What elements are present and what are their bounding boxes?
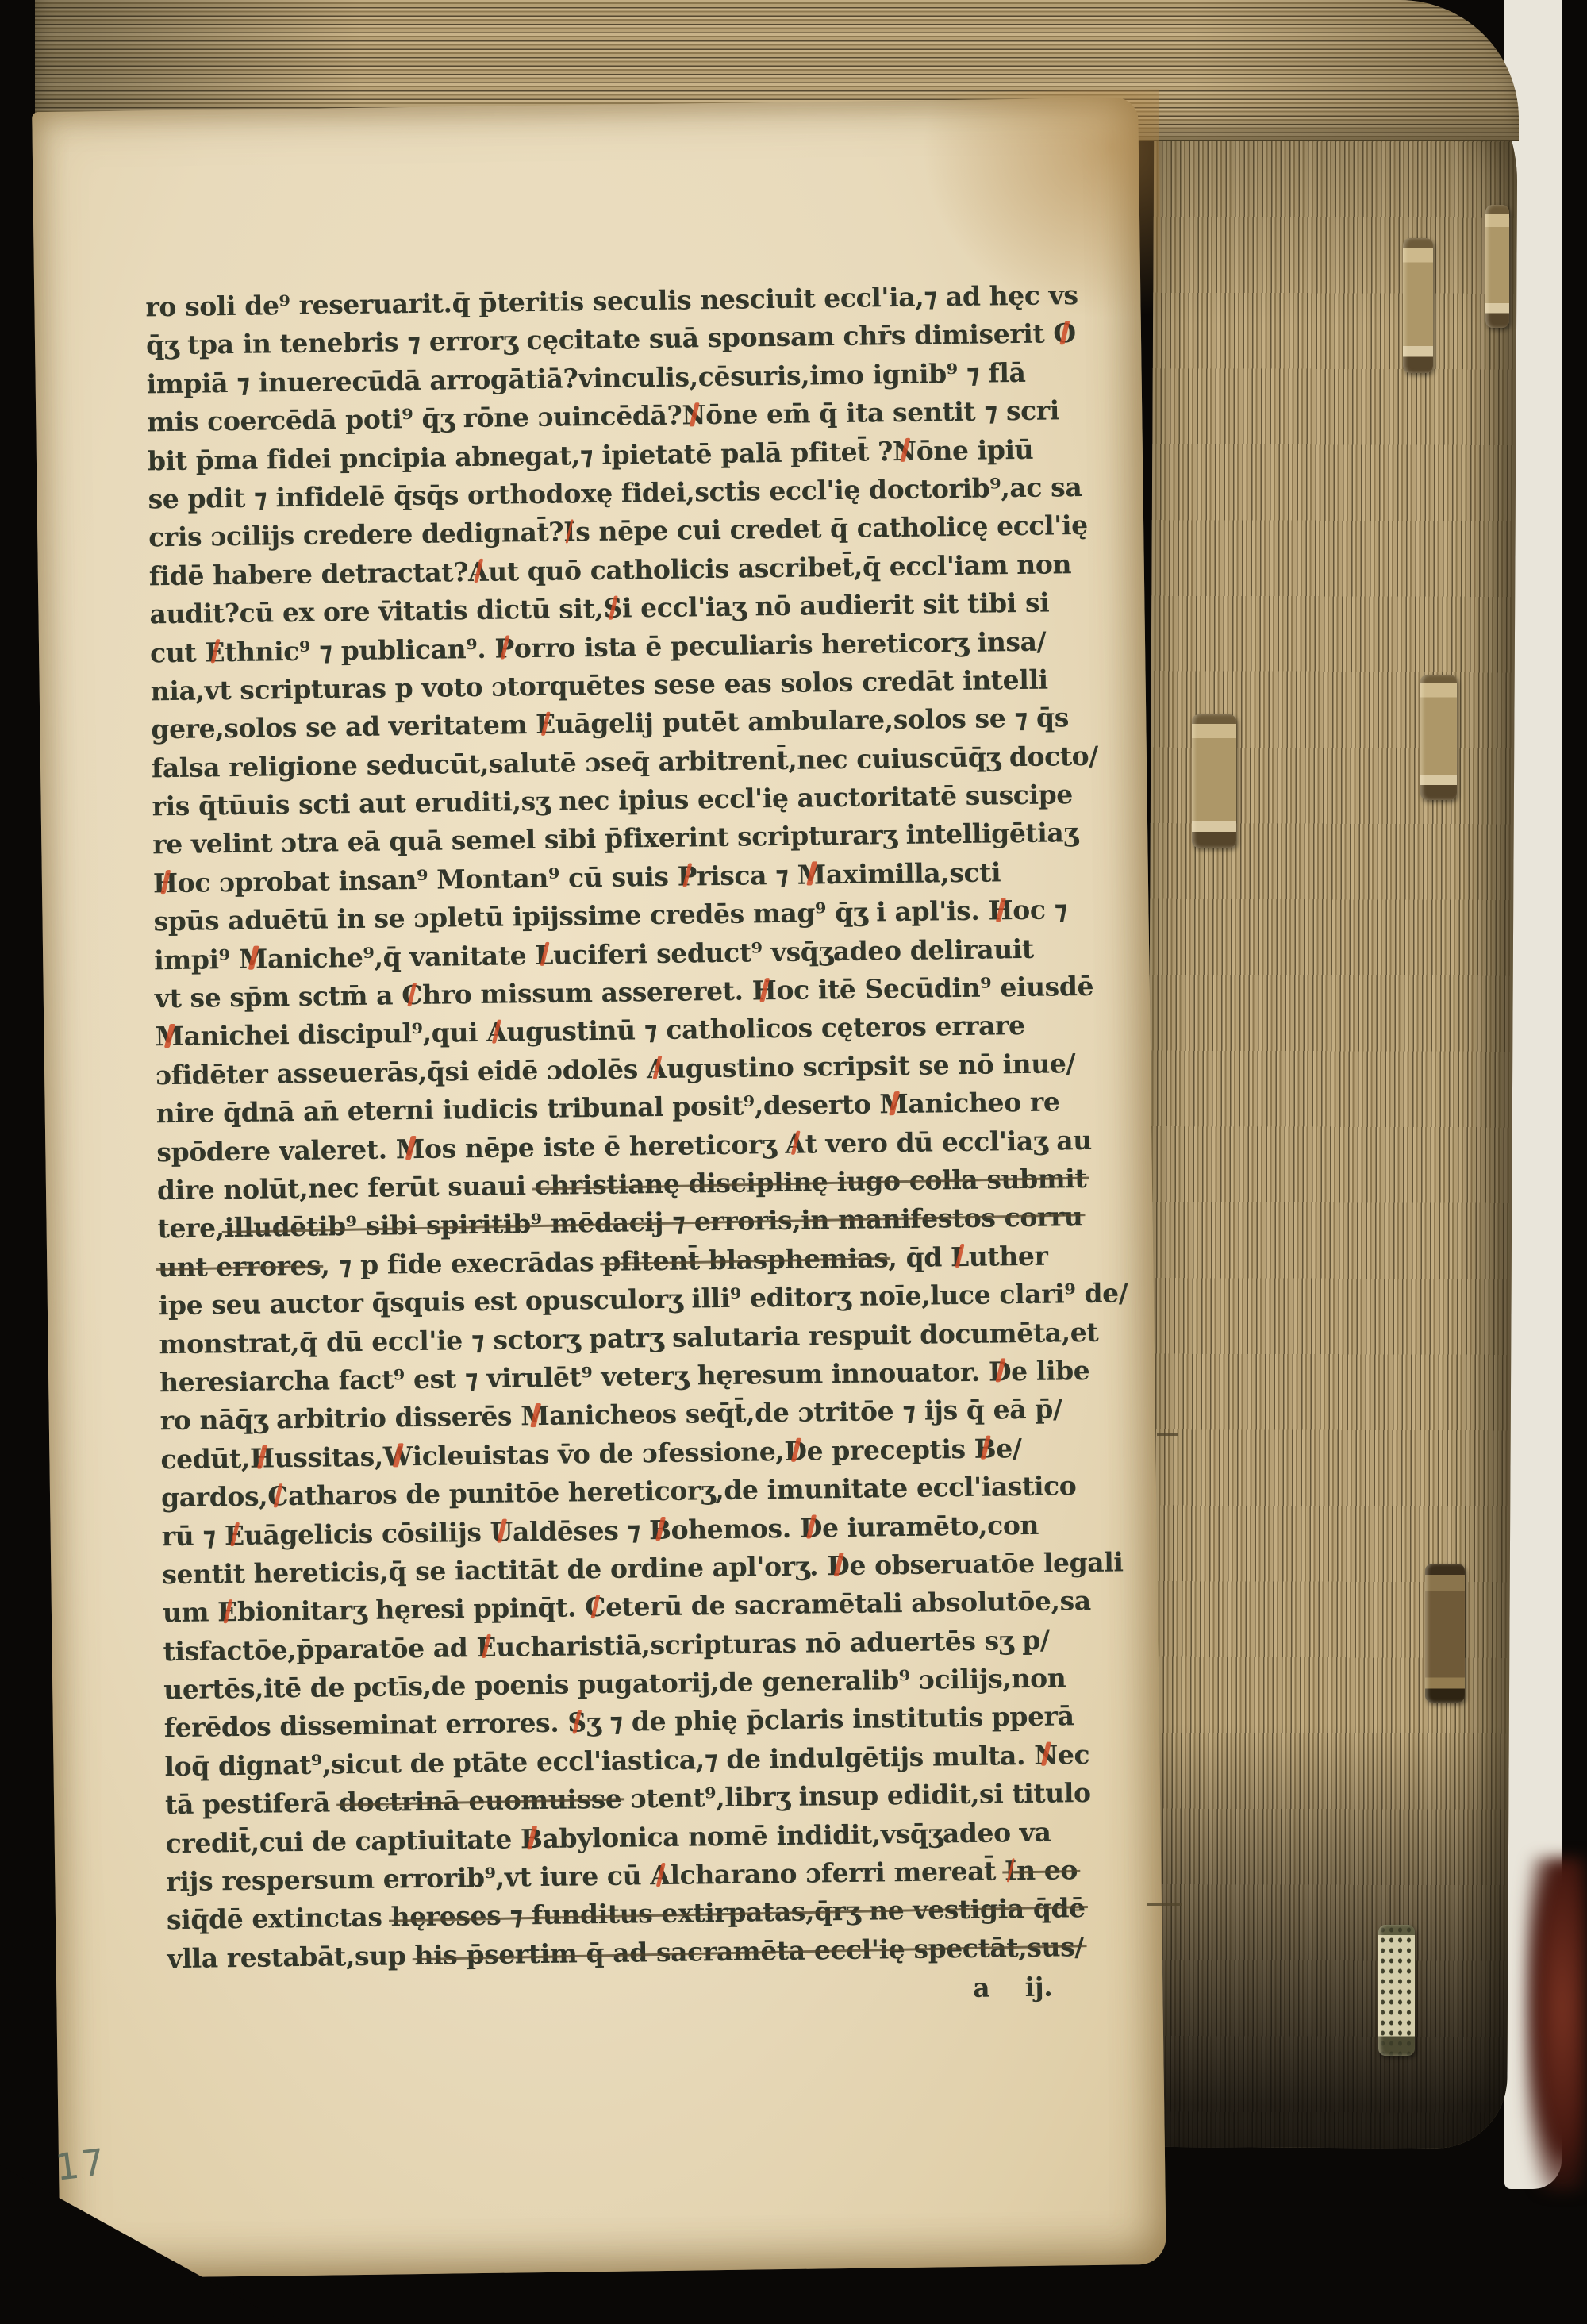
margin-dash bbox=[1147, 1903, 1182, 1906]
book-page: ro soli de⁹ reseruarit.q̄ p̄teritis secu… bbox=[32, 98, 1166, 2279]
index-tab bbox=[1425, 1564, 1465, 1703]
handwritten-folio-number: 17 bbox=[53, 2140, 110, 2188]
index-tab bbox=[1378, 1925, 1415, 2056]
index-tab bbox=[1420, 675, 1457, 800]
quire-signature: a ij. bbox=[973, 1970, 1174, 2011]
text-block: ro soli de⁹ reseruarit.q̄ p̄teritis secu… bbox=[145, 279, 1174, 2022]
page-stack-fore-edge bbox=[1143, 29, 1518, 2149]
background-object-blur bbox=[1525, 1857, 1587, 2191]
index-tab bbox=[1485, 205, 1509, 328]
index-tab bbox=[1403, 238, 1433, 373]
margin-dash bbox=[1157, 1433, 1178, 1436]
index-tab bbox=[1192, 714, 1236, 848]
